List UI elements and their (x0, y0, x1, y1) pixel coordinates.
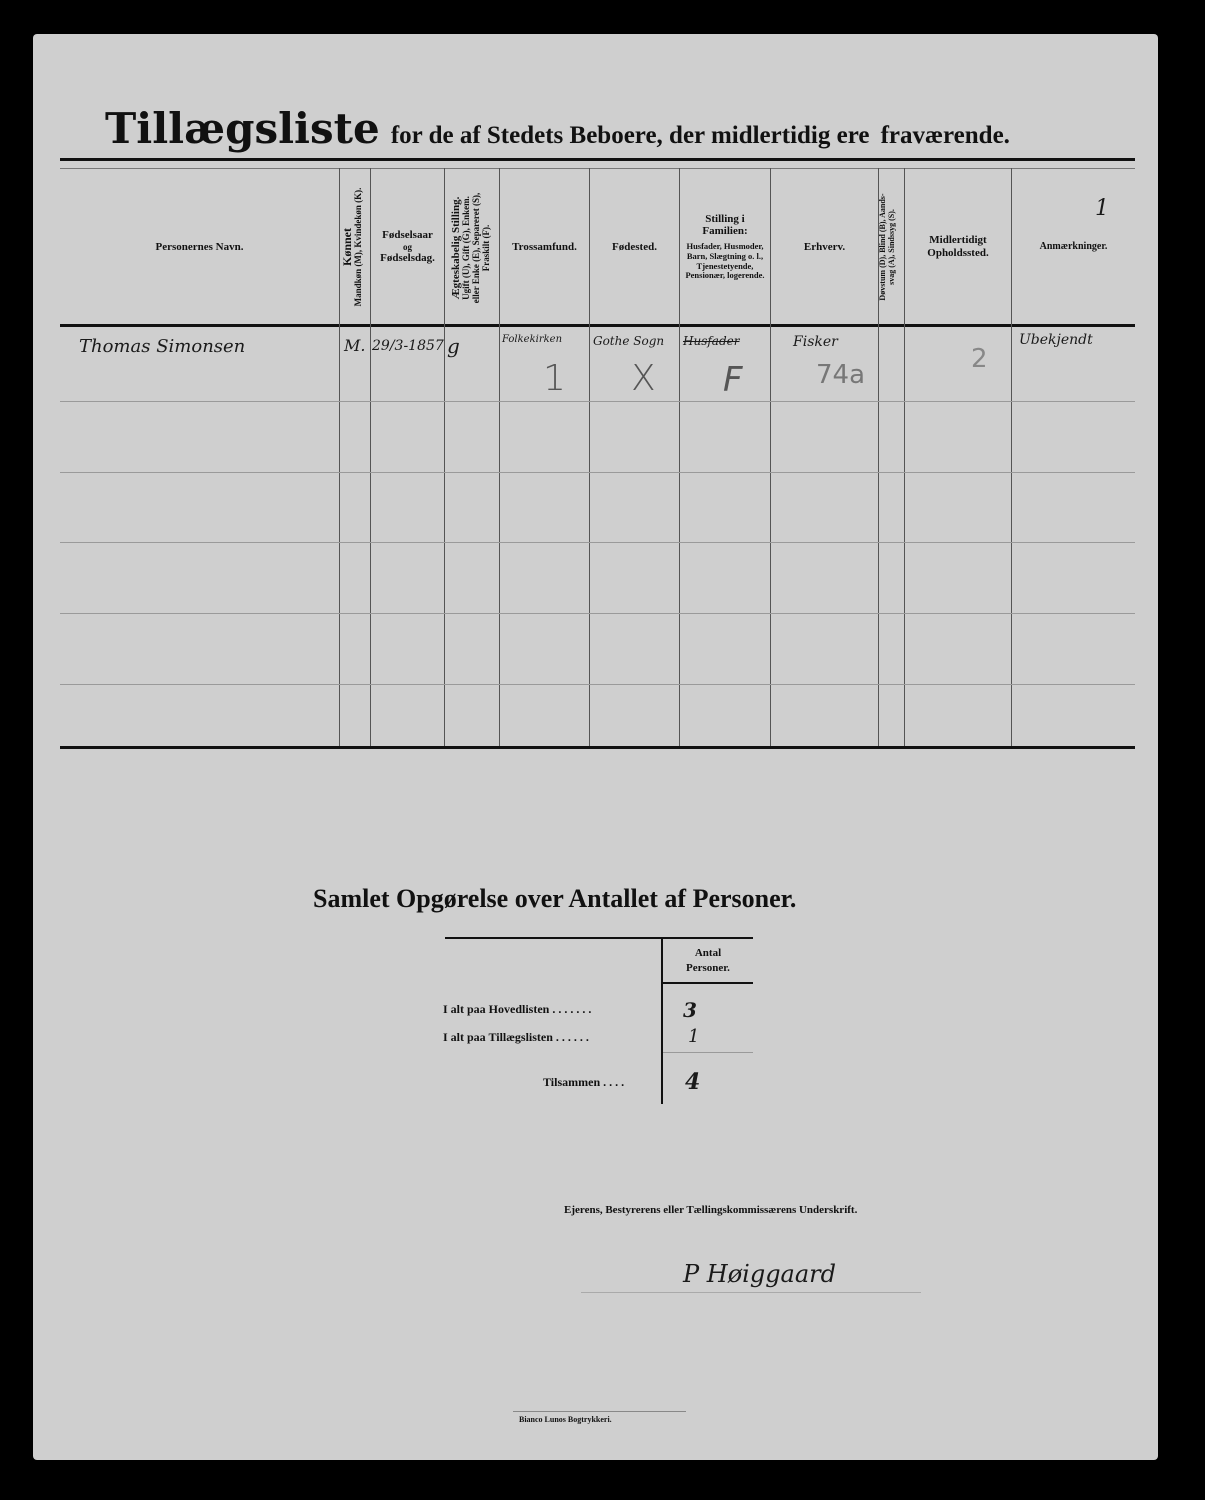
top-rule (60, 158, 1135, 161)
cell-occupation: Fisker (793, 334, 838, 350)
cell-temp-residence-mark: 2 (971, 344, 988, 374)
signature: P Høiggaard (683, 1260, 836, 1288)
summary-title: Samlet Opgørelse over Antallet af Person… (313, 884, 796, 914)
header-occupation: Erhverv. (771, 170, 878, 324)
cell-birthplace: Gothe Sogn (593, 334, 664, 348)
cell-birthplace-mark: X (631, 358, 656, 399)
printer-rule (513, 1411, 686, 1412)
cell-name: Thomas Simonsen (79, 336, 245, 357)
census-form-page: Tillægsliste for de af Stedets Beboere, … (33, 34, 1158, 1460)
header-name-label: Personernes Navn. (156, 241, 244, 254)
title-bold-end: fraværende. (881, 122, 1010, 149)
summary-col-header-line1: Antal (663, 946, 753, 961)
top-rule-thin (60, 168, 1135, 169)
summary-value-total: 4 (685, 1069, 700, 1095)
signature-line (581, 1292, 921, 1293)
summary-label-supplement: I alt paa Tillægslisten . . . . . . (443, 1030, 589, 1045)
header-bottom-rule (60, 324, 1135, 327)
col-divider (444, 168, 445, 746)
header-family-sub: Husfader, Husmoder, Barn, Slægtning o. l… (684, 242, 766, 281)
row-line (60, 684, 1135, 685)
header-religion-label: Trossamfund. (512, 241, 577, 254)
cell-family-position: Husfader (683, 334, 739, 348)
header-birthplace: Fødested. (590, 170, 679, 324)
signature-caption: Ejerens, Bestyrerens eller Tællingskommi… (564, 1204, 857, 1216)
header-name: Personernes Navn. (60, 170, 339, 324)
header-birthplace-label: Fødested. (612, 241, 657, 254)
summary-value-main: 3 (683, 998, 697, 1022)
page-mark: 1 (1095, 196, 1109, 221)
cell-gender: M. (344, 336, 365, 355)
header-temp-residence: Midlertidigt Opholdssted. (905, 170, 1011, 324)
summary-header-rule (663, 982, 753, 984)
cell-remarks: Ubekjendt (1019, 332, 1093, 348)
header-religion: Trossamfund. (500, 170, 589, 324)
header-birth: Fødselsaar og Fødselsdag. (371, 170, 444, 324)
form-title: Tillægsliste for de af Stedets Beboere, … (105, 104, 1010, 153)
header-gender: Kønnet Mandkøn (M), Kvindekøn (K). (341, 176, 369, 318)
header-marital-sub3: Fraskilt (F). (482, 176, 492, 320)
header-birth-line1: Fødselsaar (382, 229, 433, 242)
table-bottom-rule (60, 746, 1135, 749)
row-line (60, 542, 1135, 543)
cell-religion-mark: 1 (543, 358, 566, 399)
header-birth-line2: og (403, 242, 412, 252)
header-family-position: Stilling i Familien: Husfader, Husmoder,… (680, 170, 770, 324)
summary-value-supplement: 1 (688, 1026, 699, 1047)
summary-col-header-line2: Personer. (663, 961, 753, 976)
summary-label-total: Tilsammen . . . . (543, 1075, 624, 1090)
row-line (60, 613, 1135, 614)
header-family-main: Stilling i Familien: (684, 213, 766, 238)
title-subtitle: for de af Stedets Beboere, der midlertid… (391, 122, 870, 149)
header-birth-line3: Fødselsdag. (380, 252, 435, 265)
summary-label-main: I alt paa Hovedlisten . . . . . . . (443, 1002, 591, 1017)
header-occupation-label: Erhverv. (804, 241, 845, 254)
cell-occupation-mark: 74a (816, 360, 865, 390)
summary-row-rule (663, 1052, 753, 1053)
header-disability-sub2: svag (A), Sindssyg (S). (888, 175, 897, 319)
header-remarks: Anmærkninger. (1012, 170, 1135, 324)
header-temp-residence-label: Midlertidigt Opholdssted. (923, 234, 993, 259)
summary-col-header: Antal Personer. (663, 946, 753, 977)
summary-top-rule (445, 937, 753, 939)
cell-birth: 29/3-1857 (372, 338, 444, 354)
printer-imprint: Bianco Lunos Bogtrykkeri. (519, 1415, 612, 1424)
title-main: Tillægsliste (105, 104, 380, 153)
cell-marital: g (447, 334, 460, 358)
row-line (60, 401, 1135, 402)
cell-religion: Folkekirken (502, 334, 562, 345)
header-remarks-label: Anmærkninger. (1040, 241, 1108, 253)
header-gender-sub: Mandkøn (M), Kvindekøn (K). (354, 176, 364, 318)
row-line (60, 472, 1135, 473)
header-disability: Døvstum (D), Blind (B), Aands- svag (A),… (879, 175, 903, 319)
header-marital: Ægteskabelig Stilling. Ugift (U), Gift (… (450, 176, 494, 320)
cell-family-mark: F (723, 360, 743, 400)
